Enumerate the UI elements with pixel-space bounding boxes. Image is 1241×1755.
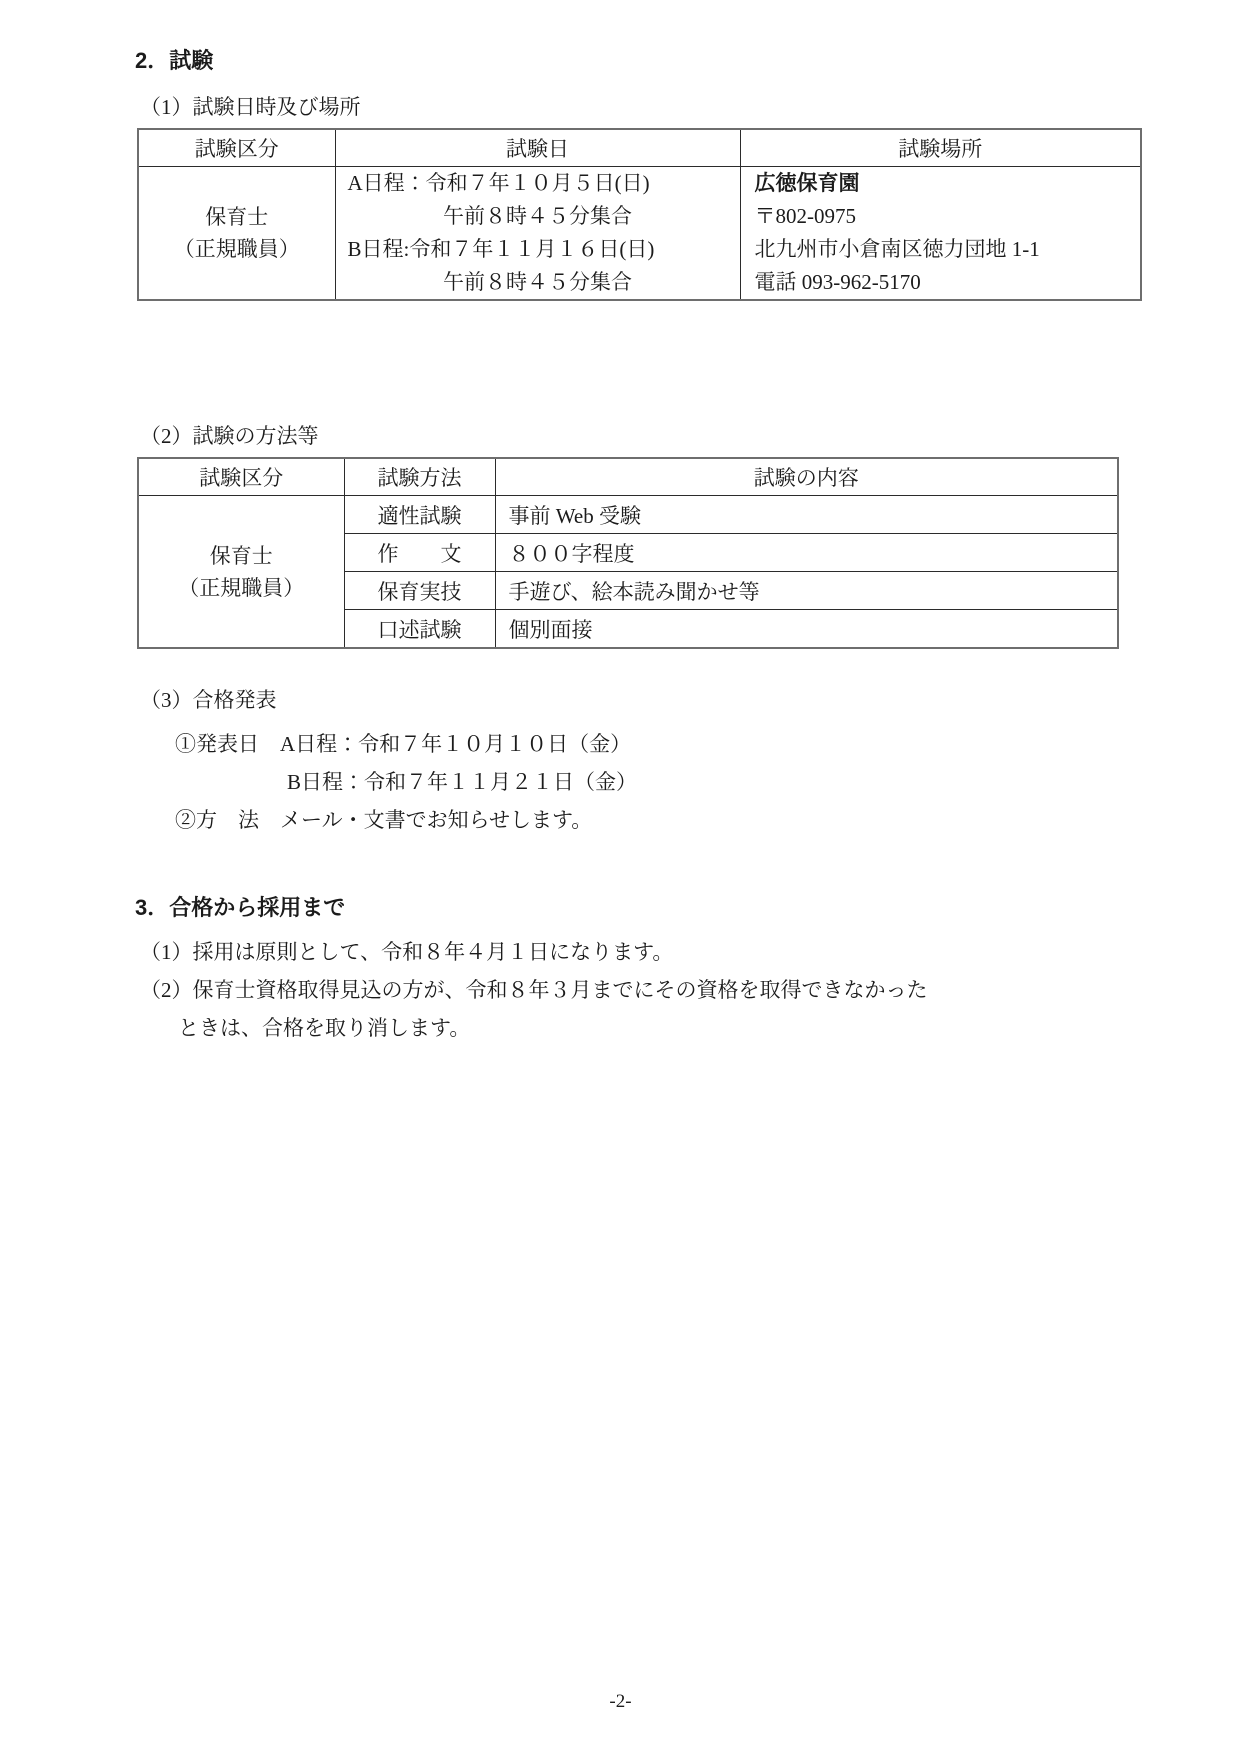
schedule-header-row: 試験区分 試験日 試験場所: [138, 129, 1141, 167]
method-header-content: 試験の内容: [495, 458, 1118, 496]
announcement-date-b: B日程：令和７年１１月２１日（金）: [287, 767, 1241, 797]
method-header-row: 試験区分 試験方法 試験の内容: [138, 458, 1118, 496]
hiring-line-1: （1）採用は原則として、令和８年４月１日になります。: [140, 937, 1241, 967]
page-number: -2-: [0, 1691, 1241, 1713]
schedule-header-category: 試験区分: [138, 129, 335, 167]
exam-schedule-table: 試験区分 試験日 試験場所 保育士 （正規職員） A日程：令和７年１０月５日(日…: [137, 128, 1142, 301]
hiring-line-2: （2）保育士資格取得見込の方が、令和８年３月までにその資格を取得できなかった: [140, 975, 1241, 1005]
schedule-header-venue: 試験場所: [740, 129, 1141, 167]
method-row-aptitude: 保育士 （正規職員） 適性試験 事前 Web 受験: [138, 496, 1118, 534]
method-sub-label: （2）試験の方法等: [140, 421, 1241, 451]
method-content: 手遊び、絵本読み聞かせ等: [495, 572, 1118, 610]
schedule-header-date: 試験日: [335, 129, 740, 167]
exam-method-table: 試験区分 試験方法 試験の内容 保育士 （正規職員） 適性試験 事前 Web 受…: [137, 457, 1119, 649]
category-line-1: 保育士: [139, 540, 344, 572]
venue-address: 北九州市小倉南区徳力団地 1-1: [741, 233, 1141, 266]
venue-postal-code: 〒802-0975: [741, 200, 1141, 233]
method-name: 適性試験: [344, 496, 495, 534]
announcement-date-a: ①発表日 A日程：令和７年１０月１０日（金）: [175, 729, 1241, 759]
method-name: 保育実技: [344, 572, 495, 610]
date-a-schedule: A日程：令和７年１０月５日(日): [336, 167, 740, 200]
method-name: 口述試験: [344, 610, 495, 649]
method-header-category: 試験区分: [138, 458, 344, 496]
method-content: ８００字程度: [495, 534, 1118, 572]
announcement-method: ②方 法 メール・文書でお知らせします。: [175, 805, 1241, 835]
section-exam-heading: 2．試験: [135, 46, 1241, 76]
category-line-2: （正規職員）: [139, 572, 344, 604]
schedule-date-cell: A日程：令和７年１０月５日(日) 午前８時４５分集合 B日程:令和７年１１月１６…: [335, 167, 740, 301]
section-hiring-heading: 3．合格から採用まで: [135, 893, 1241, 923]
venue-name: 広徳保育園: [741, 167, 1141, 200]
category-line-2: （正規職員）: [139, 233, 335, 265]
category-line-1: 保育士: [139, 201, 335, 233]
schedule-category-cell: 保育士 （正規職員）: [138, 167, 335, 301]
document-page: 2．試験 （1）試験日時及び場所 試験区分 試験日 試験場所 保育士 （正規職員…: [0, 0, 1241, 1755]
hiring-line-2-continued: ときは、合格を取り消します。: [178, 1013, 1241, 1043]
method-name: 作 文: [344, 534, 495, 572]
method-content: 事前 Web 受験: [495, 496, 1118, 534]
date-a-time: 午前８時４５分集合: [336, 200, 740, 233]
venue-phone: 電話 093-962-5170: [741, 266, 1141, 299]
schedule-sub-label: （1）試験日時及び場所: [140, 92, 1241, 122]
announcement-sub-label: （3）合格発表: [140, 685, 1241, 715]
method-header-method: 試験方法: [344, 458, 495, 496]
schedule-venue-cell: 広徳保育園 〒802-0975 北九州市小倉南区徳力団地 1-1 電話 093-…: [740, 167, 1141, 301]
date-b-schedule: B日程:令和７年１１月１６日(日): [336, 233, 740, 266]
method-content: 個別面接: [495, 610, 1118, 649]
method-category-cell: 保育士 （正規職員）: [138, 496, 344, 649]
date-b-time: 午前８時４５分集合: [336, 266, 740, 299]
schedule-body-row: 保育士 （正規職員） A日程：令和７年１０月５日(日) 午前８時４５分集合 B日…: [138, 167, 1141, 301]
